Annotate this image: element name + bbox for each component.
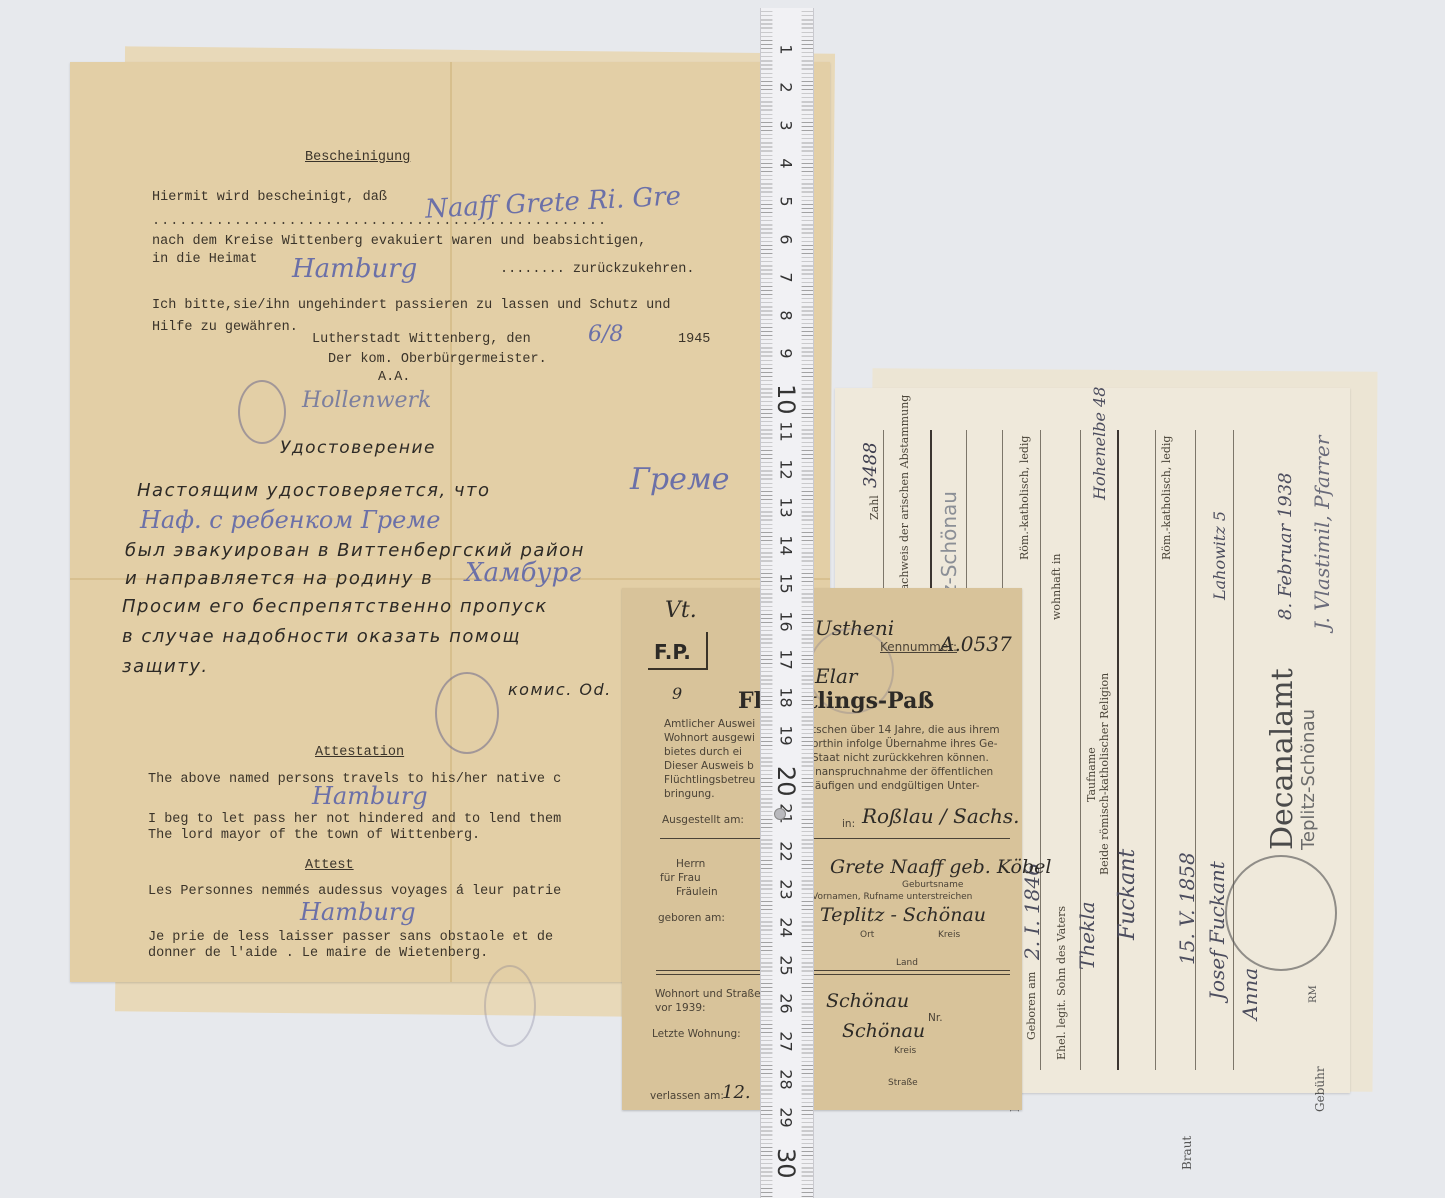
french-line-1: Les Personnes nemmés audessus voyages á …: [148, 884, 561, 899]
form-gebuehr-label: Gebühr: [1313, 1066, 1327, 1112]
card-strasse-label: Straße: [888, 1078, 918, 1088]
russian-line-6: защиту.: [122, 656, 209, 677]
card-ausgestellt-label: Ausgestellt am:: [662, 814, 744, 826]
card-name-handwritten: Grete Naaff geb. Köbel: [830, 856, 1051, 878]
ruler-number: 22: [777, 840, 796, 864]
russian-name-handwritten-2: Наф. с ребенком Греме: [140, 506, 440, 534]
form-taufname-label: Taufname: [1085, 747, 1098, 802]
card-fuer-frau-label: für Frau: [660, 872, 701, 884]
russian-line-4: Просим его беспрепятственно пропуск: [122, 596, 548, 617]
russian-city-handwritten: Хамбург: [465, 558, 581, 588]
german-date-handwritten: 6/8: [588, 322, 623, 347]
french-line-3: donner de l'aide . Le maire de Wietenber…: [148, 946, 488, 961]
form-wohnhaft-label: wohnhaft in: [1050, 554, 1063, 620]
official-stamp-2: [435, 672, 499, 754]
card-ort-label: Ort: [860, 930, 874, 940]
form-rule: [1117, 430, 1119, 1070]
card-divider: [660, 838, 1010, 839]
card-double-divider: [656, 970, 1010, 975]
ruler-number: 6: [777, 228, 796, 252]
card-geburtsname-label: Geburtsname: [902, 880, 963, 890]
card-verlassen-label: verlassen am:: [650, 1090, 724, 1102]
form-rk-ledig-1: Röm.-katholisch, ledig: [1018, 436, 1031, 560]
form-mother-handwritten: Thekla: [1075, 902, 1099, 971]
card-body-left-6: bringung.: [664, 788, 715, 800]
ruler-number: 18: [777, 686, 796, 710]
german-line-5: Hilfe zu gewähren.: [152, 320, 298, 335]
russian-signer: комис. Od.: [508, 680, 612, 699]
ruler-number: 11: [777, 420, 796, 444]
card-kennummer-value: A.0537: [940, 632, 1012, 656]
ruler-number: 3: [777, 114, 796, 138]
english-city-handwritten: Hamburg: [312, 782, 428, 810]
card-body-right-5: läufigen und endgültigen Unter-: [812, 780, 980, 792]
ruler-number: 15: [777, 572, 796, 596]
ruler-number: 13: [777, 496, 796, 520]
form-beide-rk-label: Beide römisch-katholischer Religion: [1098, 673, 1111, 875]
card-body-right-4: Inanspruchnahme der öffentlichen: [812, 766, 993, 778]
form-rule: [1155, 430, 1156, 1070]
ruler-rivet: [774, 808, 786, 820]
card-number-mark: 9: [672, 684, 682, 703]
form-born-date-2: 15. V. 1858: [1175, 852, 1199, 965]
french-title: Attest: [305, 858, 354, 873]
ruler-number: 29: [777, 1106, 796, 1130]
card-body-left-1: Amtlicher Auswei: [664, 718, 755, 730]
official-stamp-3: [484, 965, 536, 1047]
form-signature: J. Vlastimil, Pfarrer: [1310, 436, 1334, 630]
form-zahl-handwritten: 3488: [860, 442, 881, 488]
card-body-left-3: bietes durch ei: [664, 746, 742, 758]
form-rule: [1233, 430, 1234, 1070]
russian-line-5: в случае надобности оказать помощ: [122, 626, 521, 647]
english-title: Attestation: [315, 745, 404, 760]
ruler-number: 23: [777, 878, 796, 902]
card-sub-handwritten: Elar: [815, 664, 857, 688]
ruler-number: 30: [772, 1148, 800, 1172]
ruler-number: 1: [777, 38, 796, 62]
ruler-number: 4: [777, 152, 796, 176]
card-wohnort-label: Wohnort und Straße: [655, 988, 761, 1000]
ruler-number: 10: [772, 384, 800, 408]
form-rule: [1080, 430, 1081, 1070]
card-herrn-label: Herrn: [676, 858, 705, 870]
french-city-handwritten: Hamburg: [300, 898, 416, 926]
ruler-number: 24: [777, 916, 796, 940]
english-line-3: The lord mayor of the town of Wittenberg…: [148, 828, 480, 843]
russian-line-1: Настоящим удостоверяется, что: [137, 480, 491, 501]
ruler-number: 8: [777, 304, 796, 328]
ruler-number: 28: [777, 1068, 796, 1092]
ruler-numbers: 1 2 3 4 5 6 7 8 9 10 11 12 13 14 15 16 1…: [760, 8, 812, 1198]
form-anna-handwritten: Anna: [1238, 968, 1262, 1020]
french-line-2: Je prie de less laisser passer sans obst…: [148, 930, 553, 945]
ruler-number: 14: [777, 534, 796, 558]
official-stamp-1: [238, 380, 286, 444]
card-vornamen-label: Vornamen, Rufname unterstreichen: [812, 892, 972, 902]
form-familienname-handwritten: Fuckant: [1115, 849, 1140, 940]
russian-line-3: и направляется на родину в: [125, 568, 433, 589]
ruler-number: 2: [777, 76, 796, 100]
form-rm-label: RM: [1308, 985, 1319, 1003]
card-geboren-handwritten: Teplitz - Schönau: [820, 904, 986, 926]
card-kreis-label: Kreis: [938, 930, 960, 940]
card-kreis-label-2: Kreis: [894, 1046, 916, 1056]
card-body-right-3: Staat nicht zurückkehren können.: [812, 752, 989, 764]
ruler-number: 26: [777, 992, 796, 1016]
card-fraeulein-label: Fräulein: [676, 886, 718, 898]
ruler-number: 17: [777, 648, 796, 672]
ruler-number: 7: [777, 266, 796, 290]
card-wohnort-handwritten: Schönau: [826, 990, 909, 1012]
german-city-handwritten: Hamburg: [292, 254, 417, 284]
form-braut-label: Braut: [1180, 1136, 1194, 1170]
german-title: Bescheinigung: [305, 150, 410, 165]
card-geboren-label: geboren am:: [658, 912, 725, 924]
german-year: 1945: [678, 332, 710, 347]
card-vor1939-label: vor 1939:: [655, 1002, 706, 1014]
ruler-number: 27: [777, 1030, 796, 1054]
german-line-3b: ........ zurückzukehren.: [500, 262, 694, 277]
form-decanalamt-stamp: Decanalamt: [1265, 668, 1300, 850]
card-nr-label: Nr.: [928, 1012, 943, 1024]
russian-name-handwritten-1: Греме: [630, 462, 729, 497]
card-body-left-5: Flüchtlingsbetreu: [664, 774, 755, 786]
ruler-number: 20: [772, 766, 800, 790]
form-nachweis-label: Nachweis der arischen Abstammung: [898, 395, 911, 600]
form-ehel-sohn-label: Ehel. legit. Sohn des Vaters: [1055, 906, 1068, 1060]
card-body-right-2: orthin infolge Übernahme ihres Ge-: [812, 738, 998, 750]
card-body-left-4: Dieser Ausweis b: [664, 760, 754, 772]
ruler-number: 25: [777, 954, 796, 978]
card-corner-handwritten: Vt.: [665, 598, 697, 623]
parish-seal: [1225, 855, 1337, 971]
form-geboren-am-label: Geboren am: [1025, 972, 1038, 1040]
card-land-label: Land: [896, 958, 918, 968]
english-line-2: I beg to let pass her not hindered and t…: [148, 812, 561, 827]
german-line-1: Hiermit wird bescheinigt, daß: [152, 190, 387, 205]
card-letzte-handwritten: Schönau: [842, 1020, 925, 1042]
ruler-number: 19: [777, 724, 796, 748]
card-in-handwritten: Roßlau / Sachs.: [862, 804, 1019, 828]
card-body-left-2: Wohnort ausgewi: [664, 732, 755, 744]
card-body-right-1: tschen über 14 Jahre, die aus ihrem: [812, 724, 1000, 736]
form-hand-entry: Hohenelbe 48: [1090, 387, 1109, 500]
german-aa: A.A.: [378, 370, 410, 385]
ruler-number: 9: [777, 342, 796, 366]
card-letzte-label: Letzte Wohnung:: [652, 1028, 741, 1040]
ruler-number: 16: [777, 610, 796, 634]
form-teplitz-stamp: Teplitz-Schönau: [1298, 709, 1319, 850]
card-in-label: in:: [842, 818, 855, 830]
form-rule: [1040, 430, 1041, 1070]
card-fp-label: F.P.: [654, 640, 691, 664]
german-signature: Hollenwerk: [302, 388, 431, 413]
ruler-number: 5: [777, 190, 796, 214]
form-hand-entry: Lahowitz 5: [1210, 511, 1229, 600]
dotted-line: ........................................…: [152, 214, 607, 229]
form-zahl-label: Zahl: [868, 495, 881, 520]
german-line-4: Ich bitte,sie/ihn ungehindert passieren …: [152, 298, 670, 313]
russian-title: Удостоверение: [280, 438, 436, 458]
form-rule: [1195, 430, 1196, 1070]
german-signer: Der kom. Oberbürgermeister.: [328, 352, 547, 367]
form-date-handwritten: 8. Februar 1938: [1275, 472, 1296, 620]
form-stamp-schoenau: z-Schönau: [937, 491, 961, 595]
form-father-handwritten: Josef Fuckant: [1205, 861, 1229, 1000]
form-rk-ledig-2: Röm.-katholisch, ledig: [1160, 436, 1173, 560]
german-line-2: nach dem Kreise Wittenberg evakuiert war…: [152, 234, 646, 249]
ruler-number: 12: [777, 458, 796, 482]
german-line-3: in die Heimat: [152, 252, 257, 267]
card-verlassen-handwritten: 12.: [722, 1082, 751, 1103]
german-place-date: Lutherstadt Wittenberg, den: [312, 332, 531, 347]
